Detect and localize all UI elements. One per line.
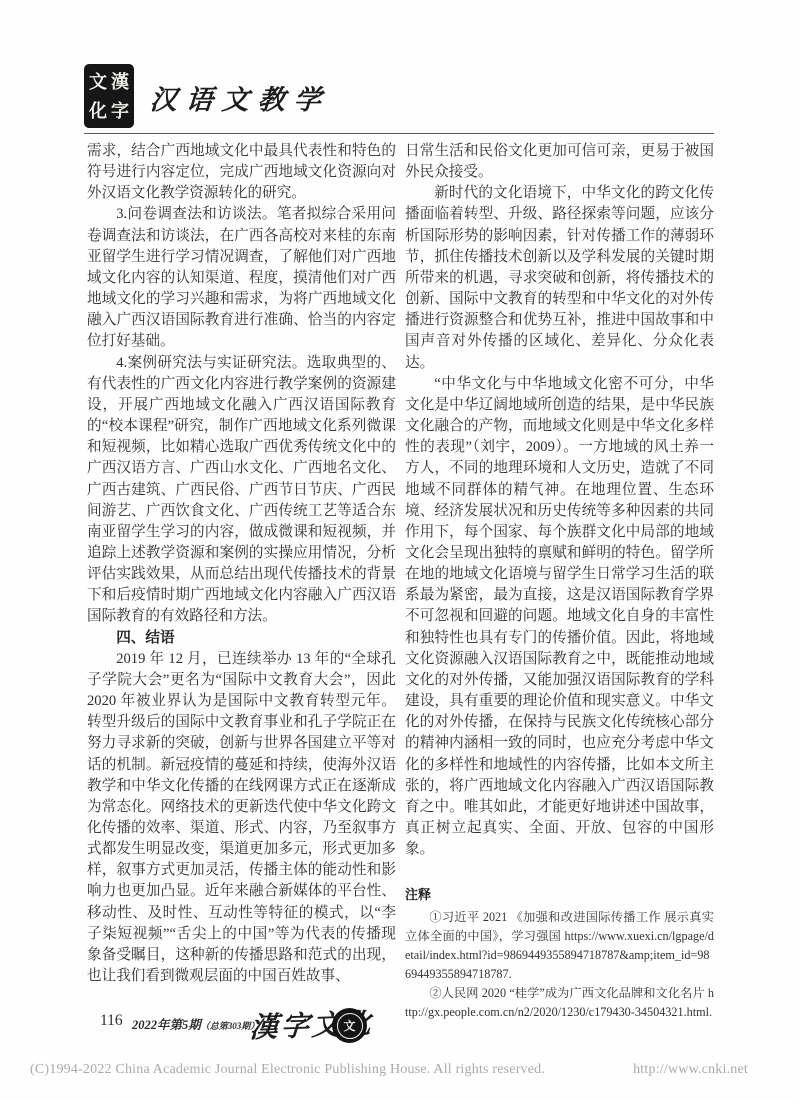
cnki-url: http://www.cnki.net bbox=[633, 1062, 748, 1078]
section-title: 汉语文教学 bbox=[149, 78, 332, 117]
issue-info: 2022年第5期（总第303期） bbox=[132, 1015, 259, 1033]
article-right-column: 日常生活和民俗文化更加可信可亲，更易于被国外民众接受。 新时代的文化语境下，中华… bbox=[405, 141, 714, 1022]
paragraph: 新时代的文化语境下，中华文化的跨文化传播面临着转型、升级、路径探索等问题，应该分… bbox=[405, 183, 714, 373]
seal-char: 化 bbox=[87, 96, 109, 125]
copyright-bar: (C)1994-2022 China Academic Journal Elec… bbox=[30, 1062, 748, 1078]
journal-page: 文 漢 化 字 汉语文教学 需求，结合广西地域文化中最具代表性和特色的符号进行内… bbox=[0, 0, 799, 1100]
paragraph: 2019 年 12 月，已连续举办 13 年的“全球孔子学院大会”更名为“国际中… bbox=[87, 649, 396, 988]
page-number: 116 bbox=[100, 1012, 123, 1030]
header-divider bbox=[84, 133, 714, 134]
paragraph: 需求，结合广西地域文化中最具代表性和特色的符号进行内容定位，完成广西地域文化资源… bbox=[87, 141, 396, 204]
seal-char: 文 bbox=[87, 67, 109, 96]
paragraph: 日常生活和民俗文化更加可信可亲，更易于被国外民众接受。 bbox=[405, 141, 714, 183]
notes-section: 注释 ①习近平 2021 《加强和改进国际传播工作 展示真实立体全面的中国》，学… bbox=[405, 885, 714, 1021]
note-item: ①习近平 2021 《加强和改进国际传播工作 展示真实立体全面的中国》，学习强国… bbox=[405, 908, 714, 984]
paragraph: 4.案例研究法与实证研究法。选取典型的、有代表性的广西文化内容进行教学案例的资源… bbox=[87, 353, 396, 628]
journal-seal-logo-icon: 文 漢 化 字 bbox=[84, 64, 134, 128]
paragraph: 3.问卷调查法和访谈法。笔者拟综合采用问卷调查法和访谈法，在广西各高校对来桂的东… bbox=[87, 204, 396, 352]
round-seal-glyph: 文 bbox=[337, 1013, 363, 1039]
page-footer: 116 2022年第5期（总第303期） 漢字文化 文 bbox=[88, 1004, 388, 1052]
note-item: ②人民网 2020 “桂学”成为广西文化品牌和文化名片 http://gx.pe… bbox=[405, 984, 714, 1022]
seal-char: 漢 bbox=[109, 67, 131, 96]
paragraph: “中华文化与中华地域文化密不可分，中华文化是中华辽阔地域所创造的结果，是中华民族… bbox=[405, 374, 714, 861]
page-header: 文 漢 化 字 汉语文教学 bbox=[84, 62, 714, 134]
copyright-text: (C)1994-2022 China Academic Journal Elec… bbox=[30, 1062, 545, 1078]
notes-heading: 注释 bbox=[405, 885, 714, 905]
article-left-column: 需求，结合广西地域文化中最具代表性和特色的符号进行内容定位，完成广西地域文化资源… bbox=[87, 141, 396, 987]
issue-label: 2022年第5期 bbox=[132, 1018, 201, 1032]
section-heading-conclusion: 四、结语 bbox=[87, 628, 396, 649]
journal-round-seal-icon: 文 bbox=[332, 1008, 367, 1043]
seal-char: 字 bbox=[109, 96, 131, 125]
